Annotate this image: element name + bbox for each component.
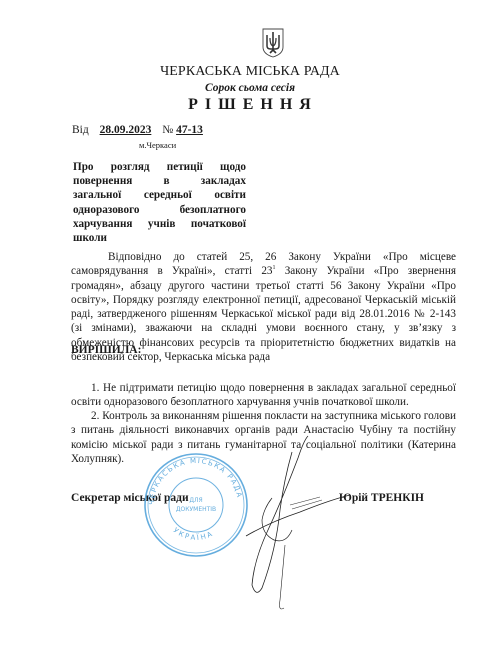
signatory-name: Юрій ТРЕНКІН: [339, 492, 424, 504]
subject-line: школи: [73, 231, 246, 245]
subject-line: Про розгляд петиції щодо: [73, 160, 246, 174]
decision-date: 28.09.2023: [100, 124, 152, 136]
from-label: Від: [72, 124, 89, 136]
dateline: Від 28.09.2023 № 47-13: [72, 124, 203, 136]
council-name: ЧЕРКАСЬКА МІСЬКА РАДА: [0, 64, 480, 80]
subject-line: одноразового безоплатного: [73, 203, 246, 217]
subject-line: загальної середньої освіти: [73, 188, 246, 202]
subject-line: повернення в закладах: [73, 174, 246, 188]
decision-subject: Про розгляд петиції щодо повернення в за…: [73, 160, 246, 245]
document-type-title: РІШЕННЯ: [0, 96, 480, 114]
resolution-item-1: 1. Не підтримати петицію щодо повернення…: [71, 381, 456, 410]
trident-coat-of-arms-icon: [262, 28, 284, 58]
resolution-item-2: 2. Контроль за виконанням рішення поклас…: [71, 409, 456, 466]
document-page: ЧЕРКАСЬКА МІСЬКА РАДА Сорок сьома сесія …: [0, 0, 480, 670]
resolved-heading: ВИРІШИЛА:: [71, 344, 141, 356]
session-title: Сорок сьома сесія: [0, 82, 480, 94]
subject-line: харчування учнів початкової: [73, 217, 246, 231]
number-label: №: [162, 124, 173, 136]
decision-number: 47-13: [176, 124, 203, 136]
city-label: м.Черкаси: [139, 140, 176, 150]
official-stamp-icon: ЧЕРКАСЬКА МІСЬКА РАДА ЧЕРКАСЬКОЇ ОБЛАСТІ…: [143, 452, 249, 558]
stamp-center-line-2: ДОКУМЕНТІВ: [176, 506, 216, 513]
stamp-center-line-1: ДЛЯ: [189, 497, 202, 504]
